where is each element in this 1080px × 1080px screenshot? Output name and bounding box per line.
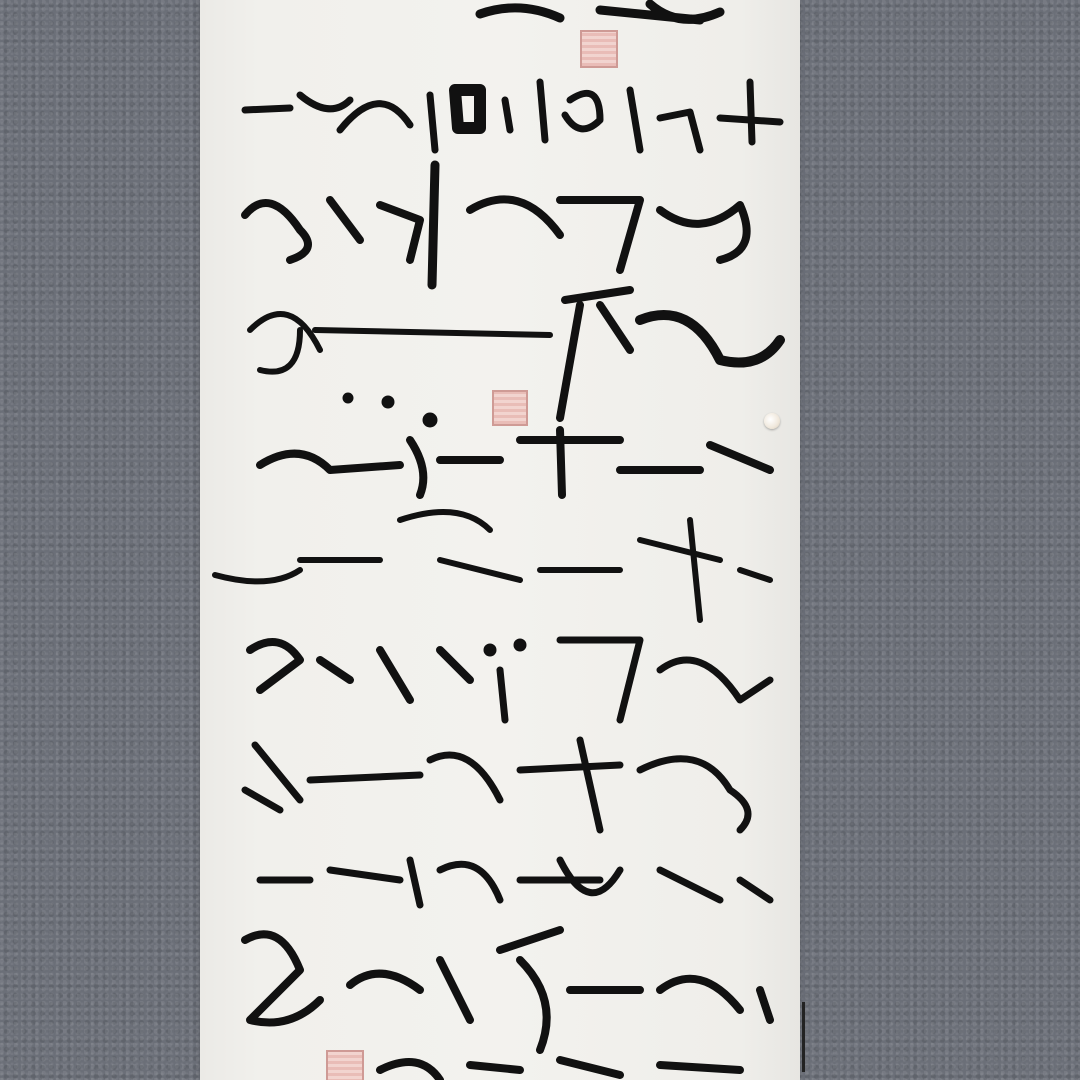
red-seal-stamp (492, 390, 528, 426)
red-seal-stamp (326, 1050, 364, 1080)
calligraphy-scroll (200, 0, 800, 1080)
push-pin (764, 413, 780, 429)
ink-strokes (200, 0, 800, 1080)
red-seal-stamp (580, 30, 618, 68)
edge-ink-mark (802, 1002, 805, 1072)
